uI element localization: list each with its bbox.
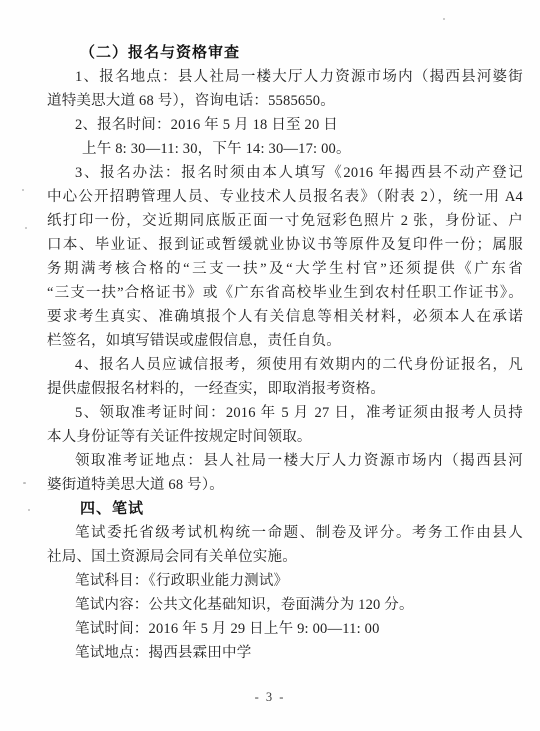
text-line: 纸打印一份，交近期同底版正面一寸免冠彩色照片 2 张，身份证、户 [47,209,523,233]
text-line: 栏签名，如填写错误或虚假信息，责任自负。 [47,329,523,353]
text-block: （二）报名与资格审查1、报名地点：县人社局一楼大厅人力资源市场内（揭西县河婆街道… [47,41,523,665]
text-line: 社局、国土资源局会同有关单位实施。 [47,545,523,569]
text-line: 婆街道特美思大道 68 号）。 [47,473,523,497]
text-line: 2、报名时间：2016 年 5 月 18 日至 20 日 [47,113,523,137]
text-line: 领取准考证地点：县人社局一楼大厅人力资源市场内（揭西县河 [47,449,523,473]
text-line: 3、报名办法：报名时须由本人填写《2016 年揭西县不动产登记 [47,161,523,185]
text-line: 道特美思大道 68 号），咨询电话：5585650。 [47,89,523,113]
page-number: - 3 - [0,690,540,705]
scan-speck [443,18,445,20]
text-line: 务期满考核合格的“三支一扶”及“大学生村官”还须提供《广东省 [47,257,523,281]
text-line: 提供虚假报名材料的，一经查实，即取消报考资格。 [47,377,523,401]
section-heading: （二）报名与资格审查 [47,41,523,65]
scan-speck [23,482,26,484]
text-line: 笔试时间：2016 年 5 月 29 日上午 9: 00—11: 00 [47,617,523,641]
section-heading: 四、笔试 [47,497,523,521]
text-line: 笔试委托省级考试机构统一命题、制卷及评分。考务工作由县人 [47,521,523,545]
text-line: 笔试科目：《行政职业能力测试》 [47,569,523,593]
text-line: 笔试内容：公共文化基础知识，卷面满分为 120 分。 [47,593,523,617]
text-line: 1、报名地点：县人社局一楼大厅人力资源市场内（揭西县河婆街 [47,65,523,89]
text-line: 5、领取准考证时间：2016 年 5 月 27 日，准考证须由报考人员持 [47,401,523,425]
text-line: 要求考生真实、准确填报个人有关信息等相关材料，必须本人在承诺 [47,305,523,329]
text-line: 上午 8: 30—11: 30，下午 14: 30—17: 00。 [47,137,523,161]
text-line: 笔试地点：揭西县霖田中学 [47,641,523,665]
document-page: （二）报名与资格审查1、报名地点：县人社局一楼大厅人力资源市场内（揭西县河婆街道… [0,0,540,731]
text-line: “三支一扶”合格证书》或《广东省高校毕业生到农村任职工作证书》。 [47,281,523,305]
text-line: 本人身份证等有关证件按规定时间领取。 [47,425,523,449]
scan-speck [28,509,30,511]
scan-speck [25,227,27,229]
scan-speck [22,189,24,191]
text-line: 中心公开招聘管理人员、专业技术人员报名表》（附表 2），统一用 A4 [47,185,523,209]
text-line: 4、报名人员应诚信报考，须使用有效期内的二代身份证报名，凡 [47,353,523,377]
text-line: 口本、毕业证、报到证或暂缓就业协议书等原件及复印件一份；属服 [47,233,523,257]
